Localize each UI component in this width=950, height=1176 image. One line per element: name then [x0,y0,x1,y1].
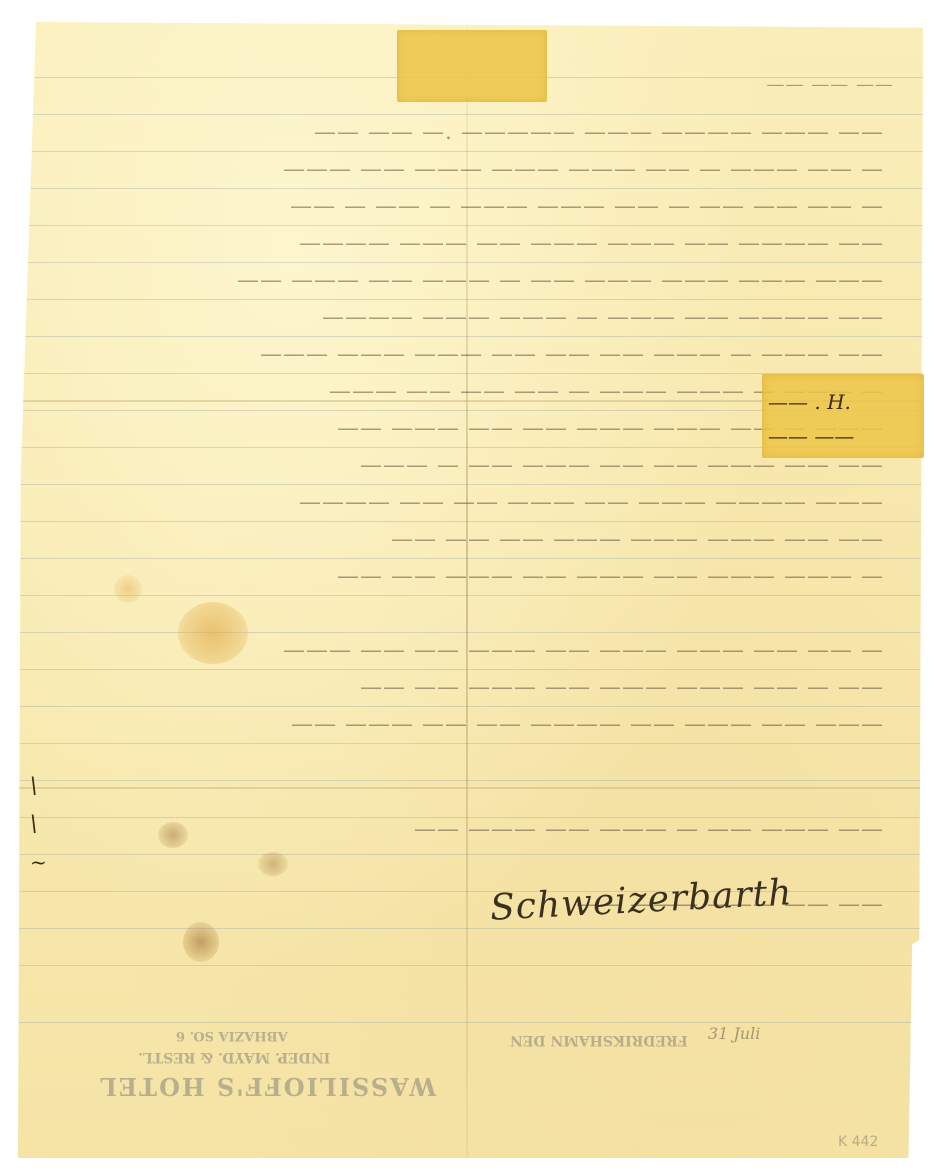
bleed-through-line: —— —— ——— —— —— ——— —— — ——— [48,453,883,478]
date-written: 31 Juli [708,1024,760,1043]
ruled-line [18,669,923,670]
tape-strip-right: —— . H. —— —— [762,374,924,458]
letterhead-line-3: ABHAZIA SO. 6 [176,1028,288,1043]
water-stain [114,575,142,603]
ruled-line [18,632,923,633]
bleed-through-line: — ——— ——— —— ——— —— ——— —— —— [48,564,883,589]
bleed-through-line: — ——— — ——— ——— — —— —— —— ——— [48,379,883,404]
ruled-line [18,151,923,152]
bleed-through-line: — —— ——— — —— ——— ——— ——— —— ——— [48,157,883,182]
bleed-through-line: —— ——— — ——— —— —— —— ——— ——— ——— [48,342,883,367]
ruled-line [18,928,923,929]
ruled-line [18,558,923,559]
ruled-line [18,1022,923,1023]
ruled-line [18,706,923,707]
ruled-line [18,225,923,226]
letterhead-title: WASSILIOFF'S HOTEL [98,1072,436,1101]
ink-mark: ~ [30,850,47,874]
ink-mark: \ [30,812,37,837]
ruled-line [18,780,923,781]
bleed-through-line: ——— — —— ——— ——— —— —— ——— —— [48,416,883,441]
water-stain [178,602,248,664]
signature: Schweizerbarth [489,872,793,929]
bleed-through-line: ——— ———— ——— —— ——— —— —— ———— [48,490,883,515]
ruled-line [18,484,923,485]
ruled-line [18,743,923,744]
bleed-through-line: —— ———— —— ——— ——— —— ——— ———— [48,231,883,256]
catalog-number: K 442 [838,1134,878,1150]
tape-note-line: —— . H. [768,390,851,414]
ink-stain [183,922,219,962]
bleed-through-line: — —— —— —— — —— ——— ——— — —— — —— [48,194,883,219]
ruled-line [18,114,923,115]
ink-stain [158,822,188,848]
letterhead-line-2: INDEP. MAYD. & RESTL. [138,1049,330,1065]
ruled-line [18,299,923,300]
ruled-line [18,188,923,189]
bleed-through-line: —— — —— ——— ——— —— ——— —— —— [48,675,883,700]
bleed-through-line: —— ——— ———— ——— ————— .— —— —— [48,120,883,145]
letter-paper: —— ——— ———— ——— ————— .— —— —— — —— ——— … [18,22,923,1158]
bleed-through-line: ——— —— ——— —— ———— —— —— ——— —— [48,712,883,737]
vertical-fold [466,22,468,1158]
ruled-line [18,336,923,337]
ruled-line [18,595,923,596]
bleed-through-line: —— ———— —— ——— — ——— ——— ———— [48,305,883,330]
bleed-through-line: ——— ——— ——— ——— —— — ——— —— ——— —— [48,268,883,293]
ink-stain [258,852,288,876]
tape-strip-top [397,30,547,102]
horizontal-fold [18,787,923,789]
place-line: FREDRIKSHAMN DEN [510,1032,688,1048]
ink-mark: \ [30,774,37,799]
ruled-line [18,521,923,522]
ruled-line [18,965,923,966]
ruled-line [18,854,923,855]
bleed-through-line: —— —— ——— ——— ——— —— —— —— [48,527,883,552]
tape-note-line: —— —— [768,424,854,448]
ruled-line [18,262,923,263]
bleed-through-line: — —— —— ——— ——— —— ——— —— —— ——— [48,638,883,663]
header-note: —— —— —— [658,74,893,95]
